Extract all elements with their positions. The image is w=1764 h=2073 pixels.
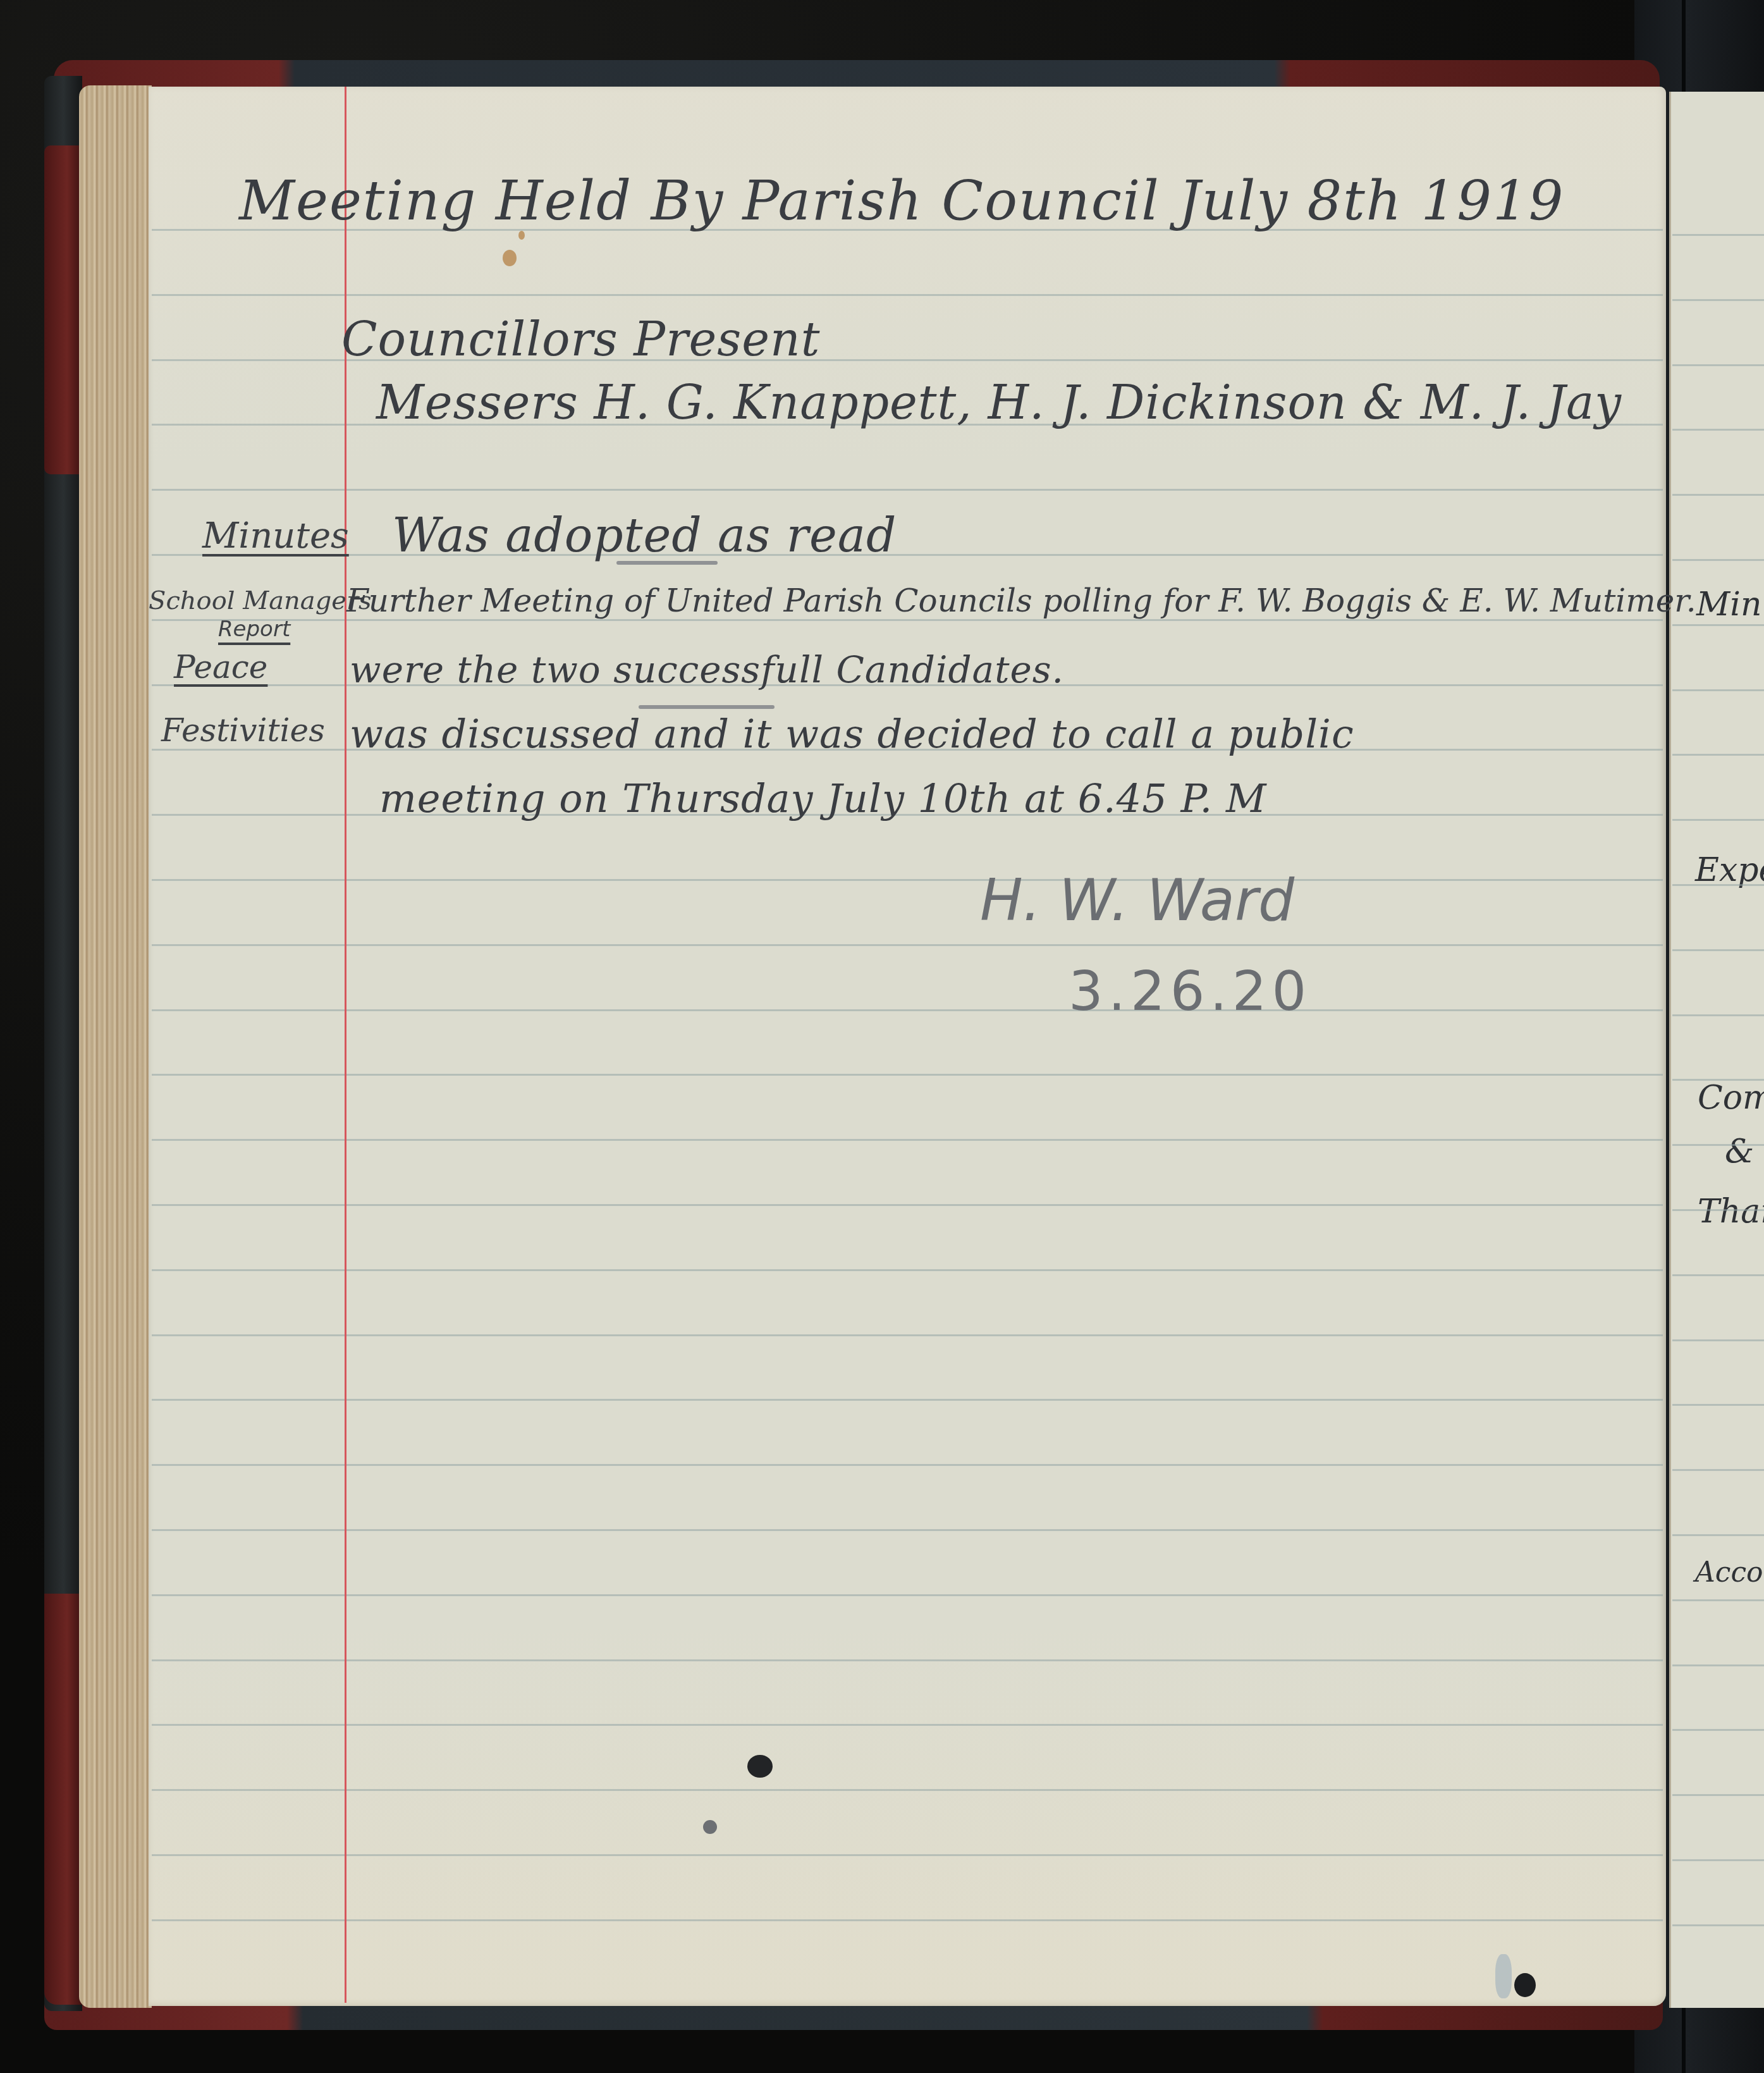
facing-ruled-line <box>1672 624 1764 626</box>
ink-blot <box>747 1755 773 1778</box>
foxing-stain <box>503 250 517 266</box>
facing-ruled-line <box>1672 689 1764 691</box>
facing-ruled-line <box>1672 1924 1764 1926</box>
margin-label-school-managers: School Managers <box>149 588 372 613</box>
school-managers-line-2: were the two successfull Candidates. <box>350 651 1064 688</box>
facing-fragment: Than <box>1698 1195 1764 1228</box>
ruled-line <box>152 1074 1663 1076</box>
attendance-heading: Councillors Present <box>341 316 820 363</box>
margin-label-festivities: Festivities <box>161 715 325 746</box>
margin-label-minutes: Minutes <box>202 519 349 554</box>
facing-fragment: Expe <box>1695 854 1764 887</box>
facing-fragment: Comp <box>1698 1081 1764 1114</box>
facing-ruled-line <box>1672 364 1764 366</box>
facing-ruled-line <box>1672 949 1764 951</box>
facing-ruled-line <box>1672 1794 1764 1796</box>
ruled-line <box>152 879 1663 881</box>
leather-corner-top <box>44 145 82 474</box>
ruled-line <box>152 1594 1663 1596</box>
page-stack-edges <box>79 85 152 2008</box>
page-shading <box>149 87 1666 2006</box>
ink-blot <box>703 1820 717 1834</box>
ruled-line <box>152 1659 1663 1661</box>
festivities-line-2: meeting on Thursday July 10th at 6.45 P.… <box>379 779 1266 818</box>
facing-ruled-line <box>1672 1404 1764 1406</box>
facing-ruled-line <box>1672 559 1764 561</box>
facing-ruled-line <box>1672 1469 1764 1471</box>
ruled-line <box>152 489 1663 491</box>
facing-ruled-line <box>1672 1534 1764 1536</box>
ruled-line <box>152 1204 1663 1206</box>
facing-fragment: & <box>1725 1135 1754 1168</box>
ruled-line <box>152 1529 1663 1531</box>
ruled-line <box>152 1139 1663 1141</box>
ruled-line <box>152 554 1663 556</box>
facing-ruled-line <box>1672 1209 1764 1211</box>
margin-label-peace: Peace <box>174 651 267 683</box>
school-managers-line-1: Further Meeting of United Parish Council… <box>346 585 1696 617</box>
facing-ruled-line <box>1672 1144 1764 1146</box>
facing-ruled-line <box>1672 1274 1764 1276</box>
facing-ruled-line <box>1672 1339 1764 1341</box>
margin-sublabel-report: Report <box>218 618 290 640</box>
facing-ruled-line <box>1672 1859 1764 1861</box>
ruled-line <box>152 619 1663 621</box>
facing-page: Min Expe Comp & Than Accou <box>1669 92 1764 2008</box>
ruled-line <box>152 1854 1663 1856</box>
facing-ruled-line <box>1672 1599 1764 1601</box>
facing-fragment: Accou <box>1695 1559 1764 1587</box>
ruled-line <box>152 1919 1663 1921</box>
ruled-line <box>152 1334 1663 1336</box>
facing-ruled-line <box>1672 299 1764 301</box>
facing-fragment: Min <box>1696 588 1761 621</box>
ruled-line <box>152 944 1663 946</box>
ruled-line <box>152 1399 1663 1401</box>
ruled-line <box>152 1789 1663 1791</box>
ruled-line <box>152 1724 1663 1726</box>
festivities-line-1: was discussed and it was decided to call… <box>350 715 1354 754</box>
facing-ruled-line <box>1672 234 1764 236</box>
signature: H. W. Ward <box>980 873 1294 930</box>
ruled-line <box>152 1464 1663 1466</box>
facing-ruled-line <box>1672 1664 1764 1666</box>
ink-blot <box>1514 1973 1536 1997</box>
ruled-line <box>152 1269 1663 1271</box>
facing-ruled-line <box>1672 1079 1764 1081</box>
ruled-line <box>152 294 1663 296</box>
minutes-text: Was adopted as read <box>392 512 897 559</box>
blue-smudge <box>1495 1954 1512 1998</box>
facing-ruled-line <box>1672 1014 1764 1016</box>
wavy-underline <box>616 561 718 565</box>
signature-date: 3.26.20 <box>1069 964 1311 1019</box>
facing-ruled-line <box>1672 754 1764 756</box>
facing-ruled-line <box>1672 1729 1764 1731</box>
leather-corner-bottom <box>44 1594 82 2005</box>
wavy-underline <box>639 705 775 709</box>
facing-ruled-line <box>1672 494 1764 496</box>
facing-ruled-line <box>1672 884 1764 886</box>
red-margin-rule <box>345 87 346 2003</box>
attendees-line: Messers H. G. Knappett, H. J. Dickinson … <box>376 379 1622 426</box>
ledger-page <box>149 87 1666 2006</box>
ruled-line <box>152 1009 1663 1011</box>
page-title: Meeting Held By Parish Council July 8th … <box>239 174 1564 228</box>
facing-ruled-line <box>1672 429 1764 431</box>
facing-ruled-line <box>1672 819 1764 821</box>
